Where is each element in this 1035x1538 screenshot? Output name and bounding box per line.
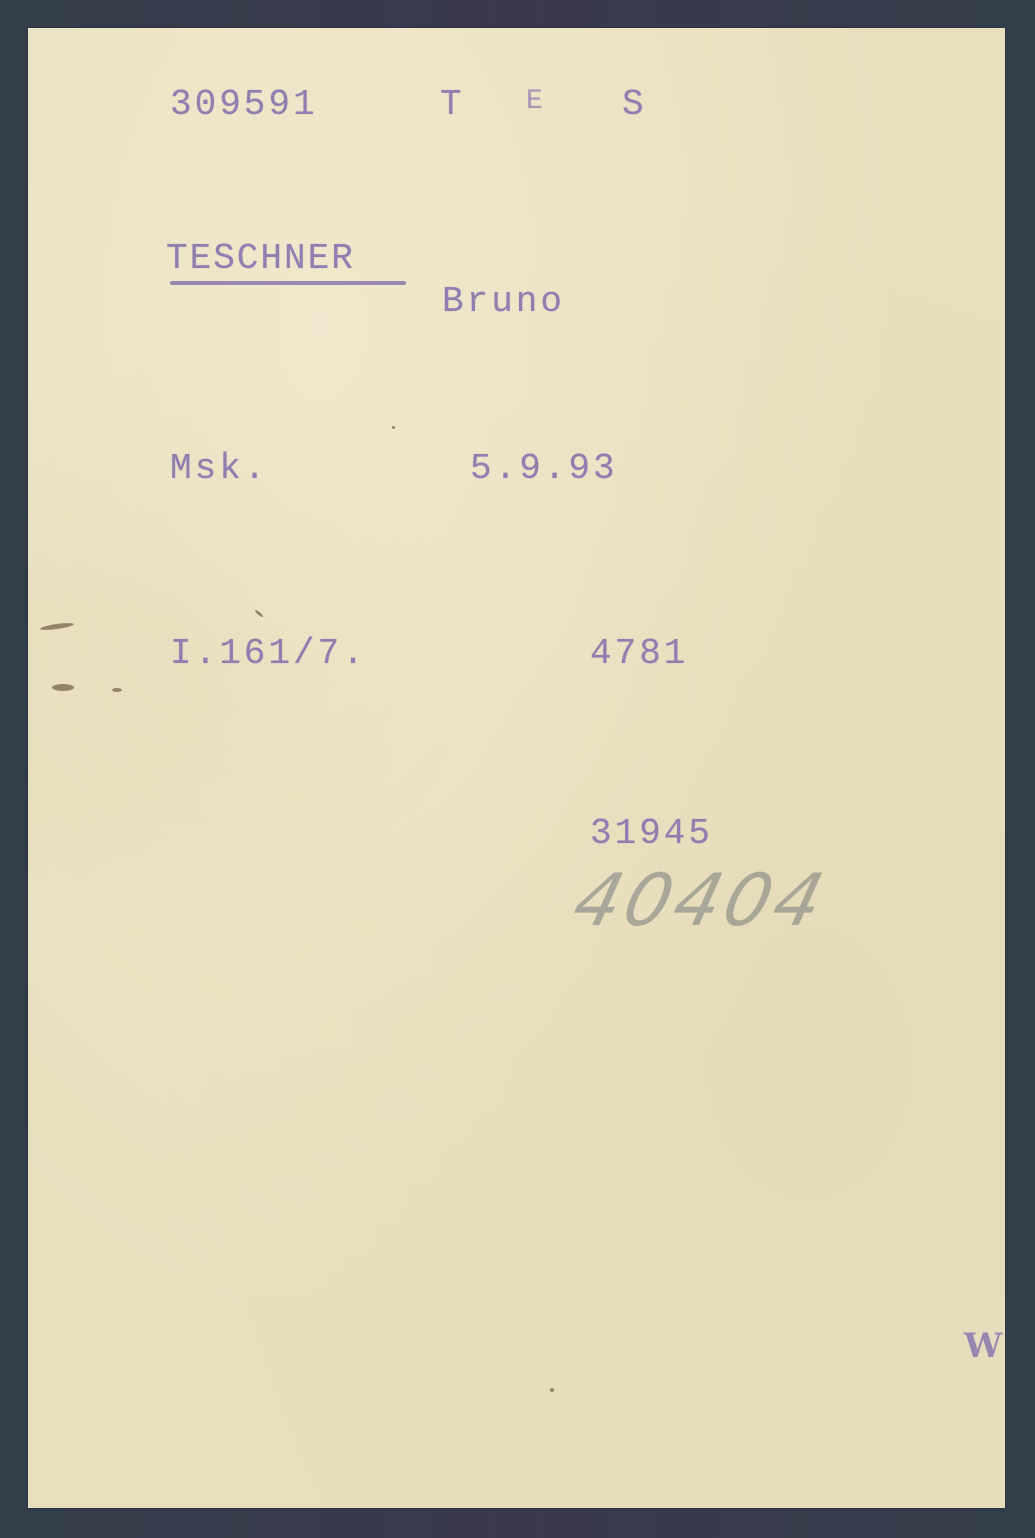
stain-mark: [550, 1388, 554, 1392]
index-letter-1: T: [440, 84, 465, 125]
surname-underline: [170, 281, 406, 285]
stain-mark: [112, 688, 122, 692]
stain-mark: [254, 609, 264, 618]
place: Msk.: [170, 448, 268, 489]
surname: TESCHNER: [166, 238, 355, 279]
index-letter-2: E: [526, 86, 546, 117]
birth-date: 5.9.93: [470, 448, 618, 489]
stain-mark: [40, 622, 74, 632]
id-number: 309591: [170, 84, 318, 125]
index-letter-3: S: [622, 84, 647, 125]
number-1: 4781: [590, 633, 688, 674]
handwritten-number: 40404: [566, 858, 836, 942]
stain-mark: [52, 684, 74, 691]
index-card: 309591 T E S TESCHNER Bruno Msk. 5.9.93 …: [28, 28, 1005, 1508]
corner-mark: W: [964, 1326, 1002, 1366]
stain-mark: [392, 426, 395, 429]
number-2: 31945: [590, 813, 713, 854]
unit-reference: I.161/7.: [170, 633, 367, 674]
given-name: Bruno: [442, 281, 565, 322]
